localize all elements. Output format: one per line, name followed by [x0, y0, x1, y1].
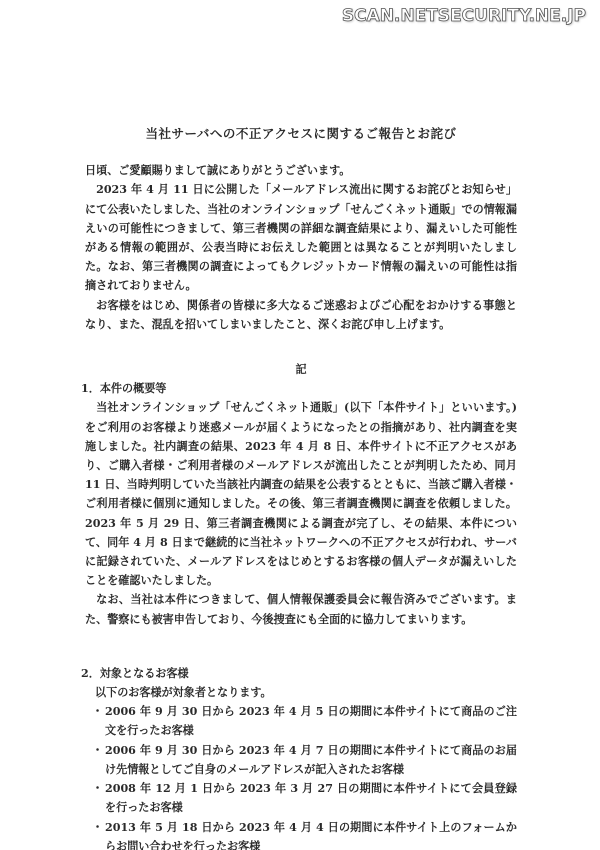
document-title: 当社サーバへの不正アクセスに関するご報告とお詫び [85, 124, 517, 143]
site-watermark: SCAN.NETSECURITY.NE.JP [342, 6, 586, 26]
intro-greeting: 日頃、ご愛顧賜りまして誠にありがとうございます。 [85, 161, 517, 180]
list-item: 2006 年 9 月 30 日から 2023 年 4 月 5 日の期間に本件サイ… [95, 702, 517, 740]
section-1-paragraph: 当社オンラインショップ「せんごくネット通販」(以下「本件サイト」といいます。) … [85, 398, 517, 590]
list-item: 2008 年 12 月 1 日から 2023 年 3 月 27 日の期間に本件サ… [95, 779, 517, 817]
list-item: 2013 年 5 月 18 日から 2023 年 4 月 4 日の期間に本件サイ… [95, 818, 517, 850]
apology-paragraph: お客様をはじめ、関係者の皆様に多大なるご迷惑およびご心配をおかけする事態となり、… [85, 296, 517, 334]
intro-paragraph: 2023 年 4 月 11 日に公開した「メールアドレス流出に関するお詫びとお知… [85, 180, 517, 295]
section-1-heading: 1．本件の概要等 [81, 379, 517, 398]
section-2-heading: 2．対象となるお客様 [81, 664, 517, 683]
section-1-paragraph: なお、当社は本件につきまして、個人情報保護委員会に報告済みでございます。また、警… [85, 590, 517, 628]
ki-heading: 記 [85, 360, 517, 379]
target-customer-list: 2006 年 9 月 30 日から 2023 年 4 月 5 日の期間に本件サイ… [85, 702, 517, 850]
section-2-lead: 以下のお客様が対象者となります。 [85, 683, 517, 702]
list-item: 2006 年 9 月 30 日から 2023 年 4 月 7 日の期間に本件サイ… [95, 741, 517, 779]
document-page: 当社サーバへの不正アクセスに関するご報告とお詫び 日頃、ご愛顧賜りまして誠にあり… [85, 124, 517, 850]
